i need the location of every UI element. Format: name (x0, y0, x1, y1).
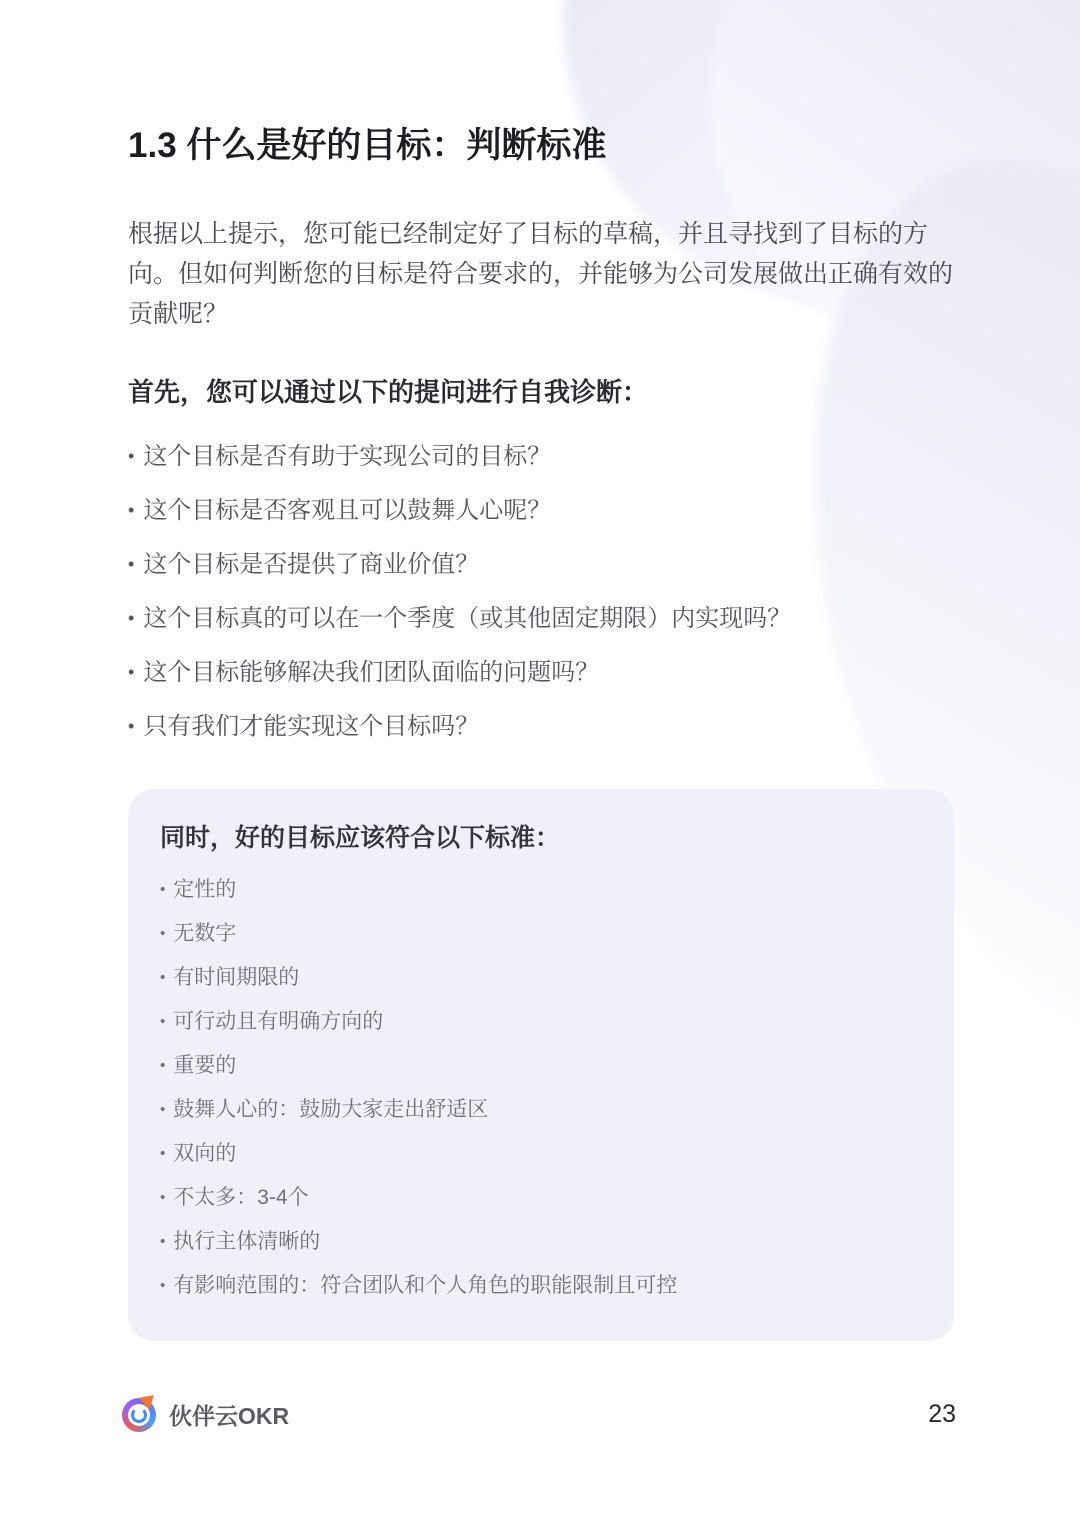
page-content: 1.3 什么是好的目标：判断标准 根据以上提示，您可能已经制定好了目标的草稿，并… (0, 0, 1080, 1341)
intro-paragraph: 根据以上提示，您可能已经制定好了目标的草稿，并且寻找到了目标的方向。但如何判断您… (128, 214, 958, 334)
huobanyun-logo-icon (120, 1394, 160, 1434)
self-check-heading: 首先，您可以通过以下的提问进行自我诊断： (128, 376, 952, 408)
self-check-question: 这个目标是否提供了商业价值？ (128, 550, 952, 581)
standard-item: 执行主体清晰的 (160, 1229, 922, 1257)
standard-item: 无数字 (160, 921, 922, 949)
standards-list: 定性的 无数字 有时间期限的 可行动且有明确方向的 重要的 鼓舞人心的：鼓励大家… (160, 877, 922, 1301)
self-check-question: 这个目标是否客观且可以鼓舞人心呢？ (128, 496, 952, 527)
standard-item: 不太多：3-4个 (160, 1185, 922, 1213)
self-check-question: 这个目标能够解决我们团队面临的问题吗？ (128, 658, 952, 689)
standard-item: 鼓舞人心的：鼓励大家走出舒适区 (160, 1097, 922, 1125)
standard-item: 定性的 (160, 877, 922, 905)
standard-item: 重要的 (160, 1053, 922, 1081)
self-check-question: 这个目标真的可以在一个季度（或其他固定期限）内实现吗？ (128, 604, 952, 635)
standard-item: 有影响范围的：符合团队和个人角色的职能限制且可控 (160, 1273, 922, 1301)
brand-logo: 伙伴云OKR (120, 1394, 289, 1434)
page-footer: 伙伴云OKR 23 (120, 1394, 956, 1434)
page-title: 1.3 什么是好的目标：判断标准 (128, 0, 952, 166)
standard-item: 双向的 (160, 1141, 922, 1169)
self-check-question-list: 这个目标是否有助于实现公司的目标？ 这个目标是否客观且可以鼓舞人心呢？ 这个目标… (128, 442, 952, 743)
brand-name: 伙伴云OKR (169, 1398, 289, 1431)
standard-item: 可行动且有明确方向的 (160, 1009, 922, 1037)
standards-callout-box: 同时，好的目标应该符合以下标准： 定性的 无数字 有时间期限的 可行动且有明确方… (128, 789, 954, 1341)
self-check-question: 这个目标是否有助于实现公司的目标？ (128, 442, 952, 473)
standard-item: 有时间期限的 (160, 965, 922, 993)
logo-power-arc-icon (131, 1407, 147, 1423)
self-check-question: 只有我们才能实现这个目标吗？ (128, 712, 952, 743)
page-number: 23 (928, 1400, 956, 1429)
standards-heading: 同时，好的目标应该符合以下标准： (160, 823, 922, 853)
